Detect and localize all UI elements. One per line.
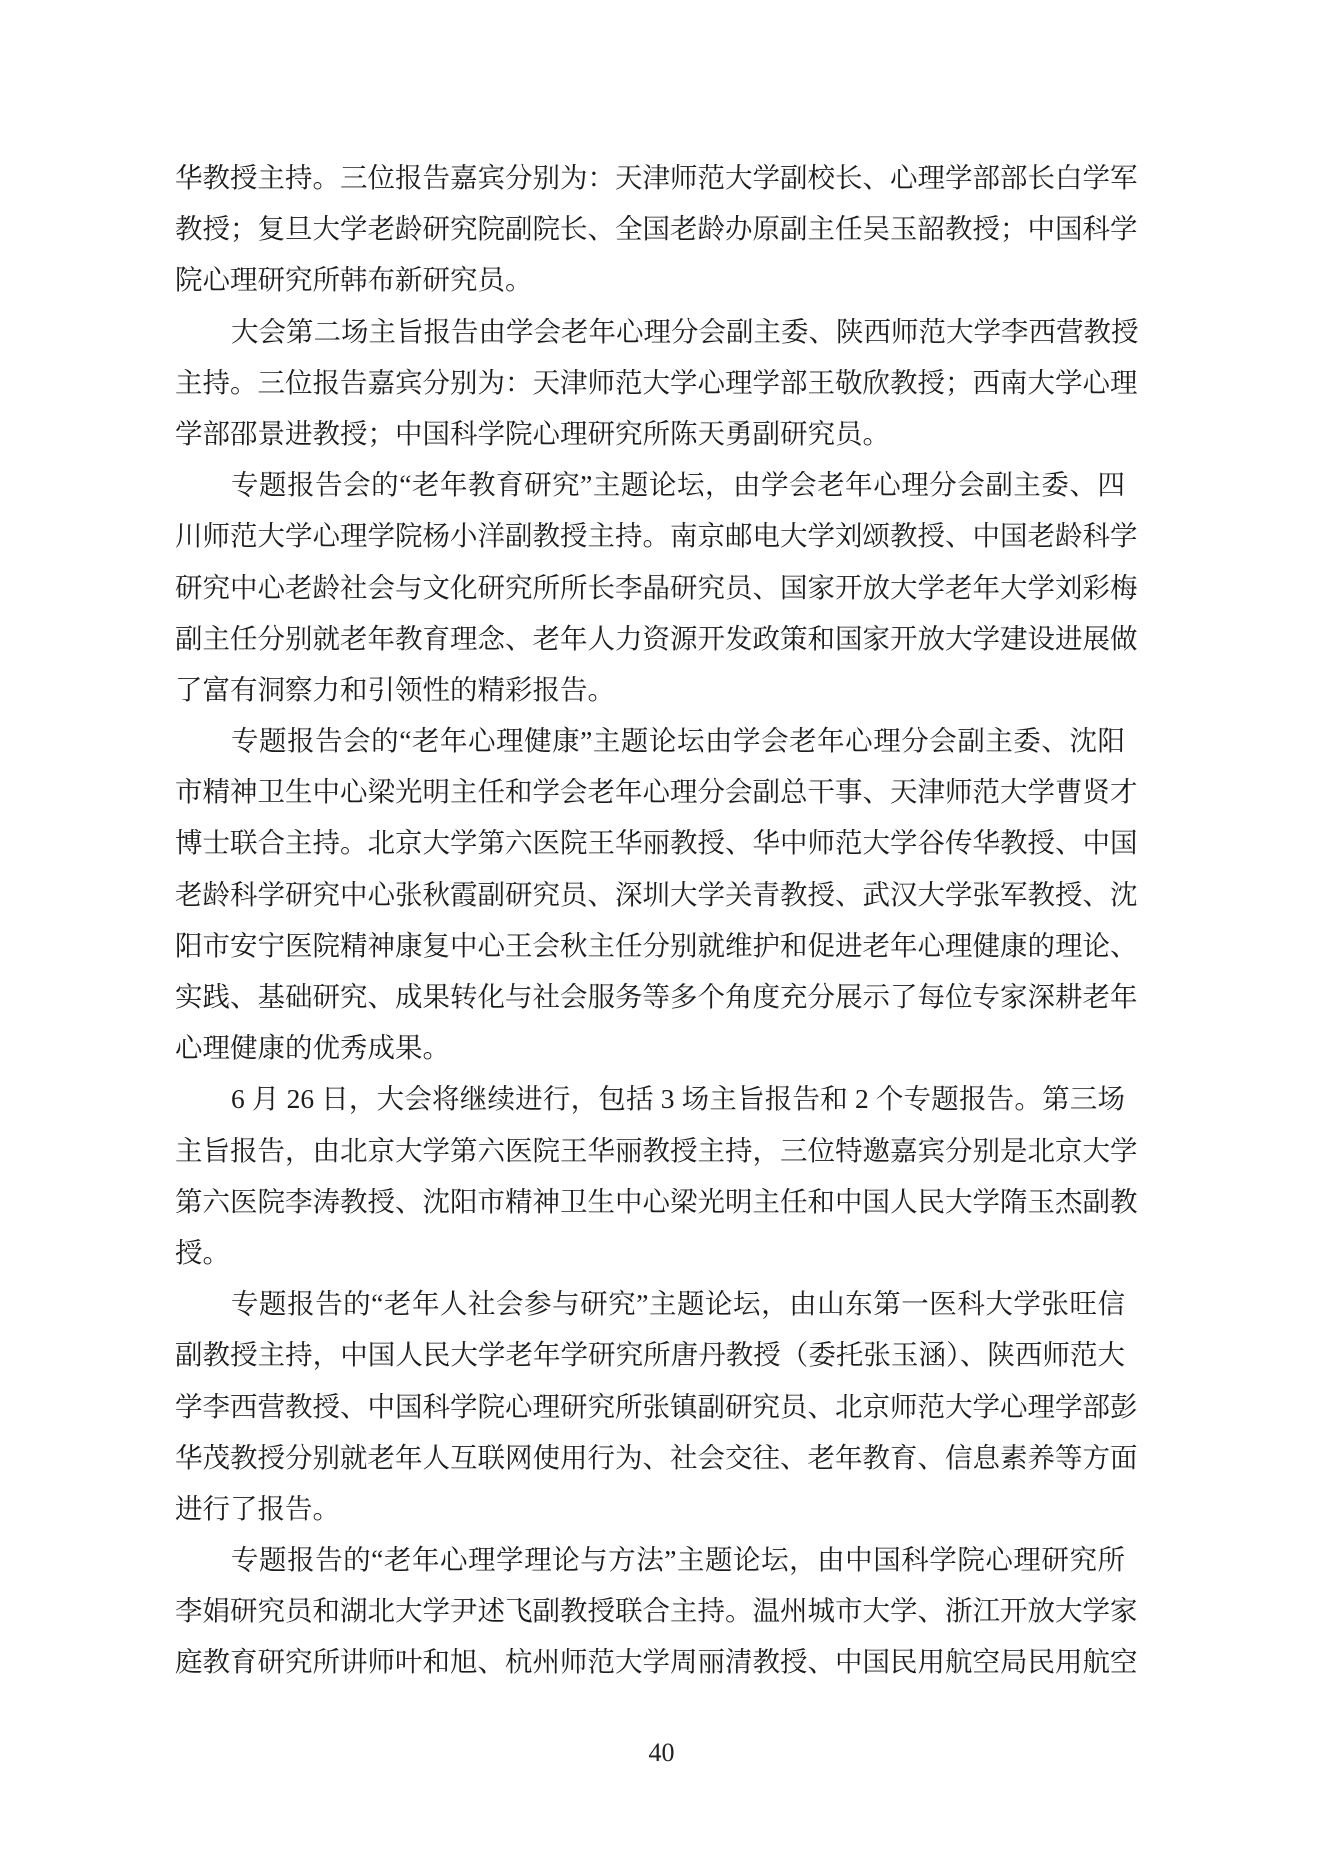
text-line: 教授；复旦大学老龄研究院副院长、全国老龄办原副主任吴玉韶教授；中国科学 (175, 203, 1125, 254)
text-line: 心理健康的优秀成果。 (175, 1022, 1125, 1073)
text-line: 大会第二场主旨报告由学会老年心理分会副主委、陕西师范大学李西营教授 (175, 306, 1125, 357)
text-line: 学部邵景进教授；中国科学院心理研究所陈天勇副研究员。 (175, 408, 1125, 459)
document-page: 华教授主持。三位报告嘉宾分别为：天津师范大学副校长、心理学部部长白学军 教授；复… (0, 0, 1323, 1871)
text-line: 了富有洞察力和引领性的精彩报告。 (175, 664, 1125, 715)
text-line: 专题报告的“老年心理学理论与方法”主题论坛，由中国科学院心理研究所 (175, 1534, 1125, 1585)
text-line: 专题报告会的“老年心理健康”主题论坛由学会老年心理分会副主委、沈阳 (175, 715, 1125, 766)
text-line: 老龄科学研究中心张秋霞副研究员、深圳大学关青教授、武汉大学张军教授、沈 (175, 869, 1125, 920)
text-line: 6 月 26 日，大会将继续进行，包括 3 场主旨报告和 2 个专题报告。第三场 (175, 1073, 1125, 1124)
text-line: 研究中心老龄社会与文化研究所所长李晶研究员、国家开放大学老年大学刘彩梅 (175, 562, 1125, 613)
text-line: 实践、基础研究、成果转化与社会服务等多个角度充分展示了每位专家深耕老年 (175, 971, 1125, 1022)
text-line: 主旨报告，由北京大学第六医院王华丽教授主持，三位特邀嘉宾分别是北京大学 (175, 1125, 1125, 1176)
text-line: 川师范大学心理学院杨小洋副教授主持。南京邮电大学刘颂教授、中国老龄科学 (175, 510, 1125, 561)
text-line: 阳市安宁医院精神康复中心王会秋主任分别就维护和促进老年心理健康的理论、 (175, 920, 1125, 971)
text-line: 院心理研究所韩布新研究员。 (175, 254, 1125, 305)
text-line: 专题报告会的“老年教育研究”主题论坛，由学会老年心理分会副主委、四 (175, 459, 1125, 510)
text-line: 学李西营教授、中国科学院心理研究所张镇副研究员、北京师范大学心理学部彭 (175, 1381, 1125, 1432)
text-line: 华教授主持。三位报告嘉宾分别为：天津师范大学副校长、心理学部部长白学军 (175, 152, 1125, 203)
body-text: 华教授主持。三位报告嘉宾分别为：天津师范大学副校长、心理学部部长白学军 教授；复… (175, 152, 1125, 1688)
text-line: 市精神卫生中心梁光明主任和学会老年心理分会副总干事、天津师范大学曹贤才 (175, 766, 1125, 817)
text-line: 副主任分别就老年教育理念、老年人力资源开发政策和国家开放大学建设进展做 (175, 613, 1125, 664)
text-line: 副教授主持，中国人民大学老年学研究所唐丹教授（委托张玉涵）、陕西师范大 (175, 1329, 1125, 1380)
text-line: 庭教育研究所讲师叶和旭、杭州师范大学周丽清教授、中国民用航空局民用航空 (175, 1636, 1125, 1687)
text-line: 华茂教授分别就老年人互联网使用行为、社会交往、老年教育、信息素养等方面 (175, 1432, 1125, 1483)
text-line: 进行了报告。 (175, 1483, 1125, 1534)
text-line: 授。 (175, 1227, 1125, 1278)
text-line: 博士联合主持。北京大学第六医院王华丽教授、华中师范大学谷传华教授、中国 (175, 817, 1125, 868)
text-line: 主持。三位报告嘉宾分别为：天津师范大学心理学部王敬欣教授；西南大学心理 (175, 357, 1125, 408)
text-line: 第六医院李涛教授、沈阳市精神卫生中心梁光明主任和中国人民大学隋玉杰副教 (175, 1176, 1125, 1227)
text-line: 李娟研究员和湖北大学尹述飞副教授联合主持。温州城市大学、浙江开放大学家 (175, 1585, 1125, 1636)
page-number: 40 (0, 1736, 1323, 1770)
text-line: 专题报告的“老年人社会参与研究”主题论坛，由山东第一医科大学张旺信 (175, 1278, 1125, 1329)
